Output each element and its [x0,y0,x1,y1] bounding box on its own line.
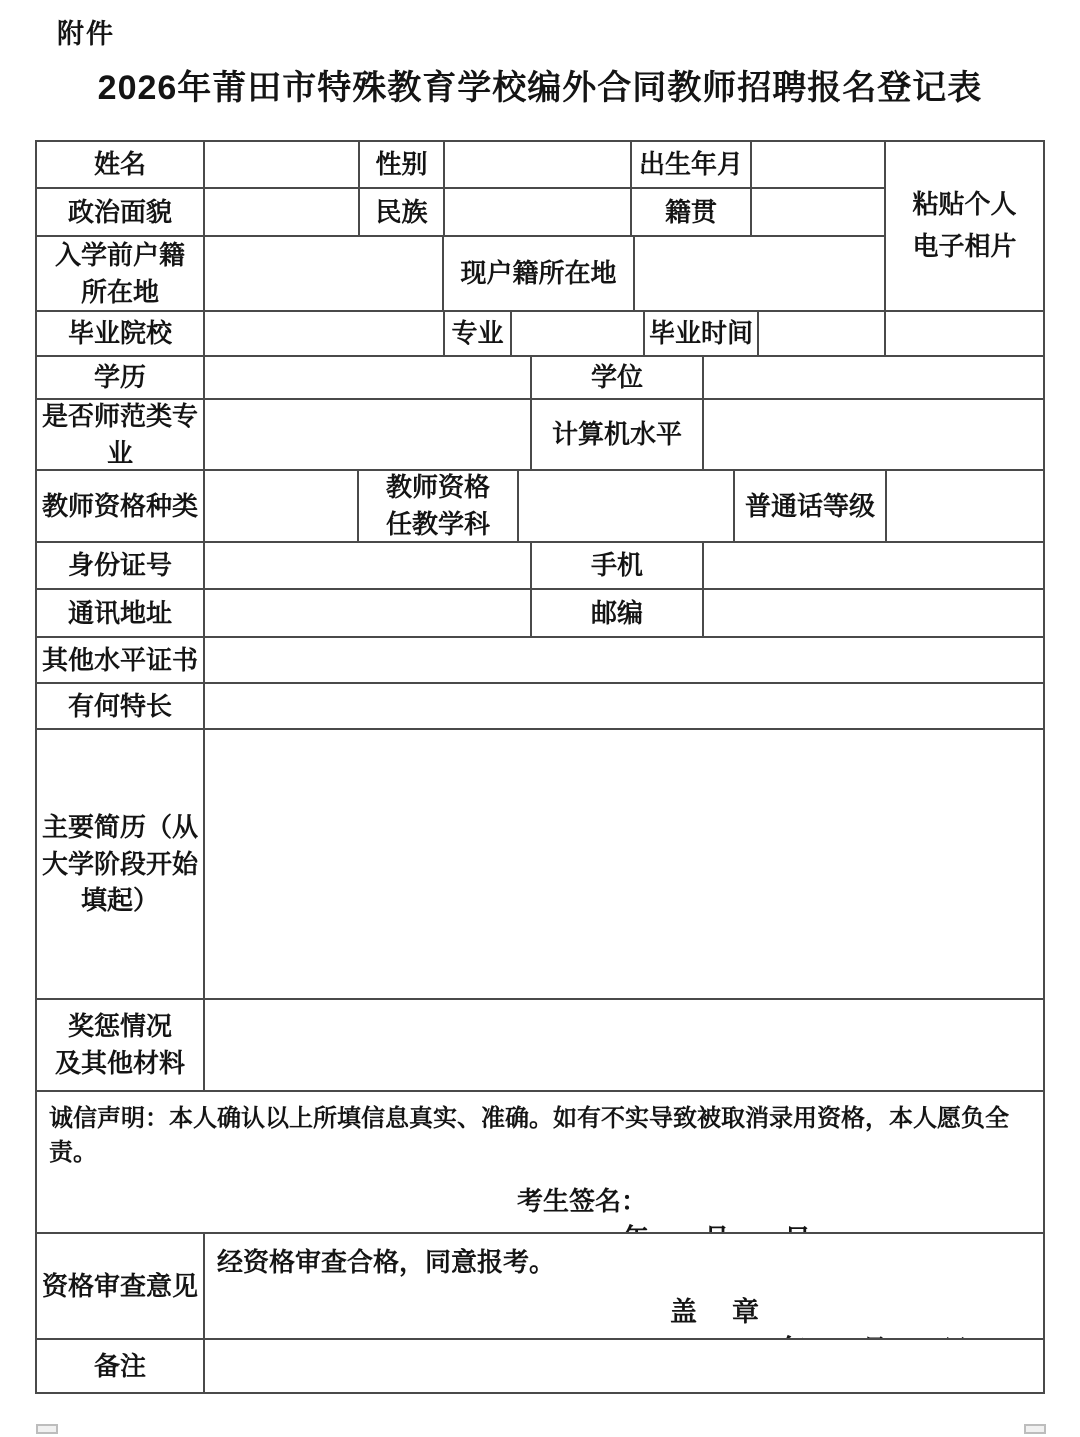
field-birth-date-value[interactable] [752,142,886,189]
label-name: 姓名 [37,142,205,189]
label-remark: 备注 [37,1340,205,1394]
field-mandarin-level-value[interactable] [887,471,1045,543]
label-native-place: 籍贯 [632,189,752,237]
photo-paste-area[interactable]: 粘贴个人 电子相片 [886,142,1045,312]
declaration-heading: 诚信声明： [49,1105,169,1132]
label-computer-level: 计算机水平 [532,400,704,471]
field-political-status-value[interactable] [205,189,360,237]
field-ethnicity-value[interactable] [445,189,632,237]
seal-label: 盖 章 [205,1281,1043,1331]
field-graduation-school-value[interactable] [205,312,445,357]
label-graduation-school: 毕业院校 [37,312,205,357]
label-qualification-review: 资格审查意见 [37,1234,205,1340]
declaration-date-line: 年 月 日 [37,1220,1043,1234]
resize-handle-left[interactable] [36,1424,58,1434]
declaration-row: 诚信声明：本人确认以上所填信息真实、准确。如有不实导致被取消录用资格，本人愿负全… [37,1092,1045,1234]
table-row: 其他水平证书 [37,638,1045,684]
declaration-body: 本人确认以上所填信息真实、准确。如有不实导致被取消录用资格，本人愿负全责。 [49,1105,1009,1166]
table-row: 毕业院校 专业 毕业时间 [37,312,1045,357]
field-pre-school-residence-value[interactable] [205,237,444,312]
field-computer-level-value[interactable] [704,400,1045,471]
field-specialty-value[interactable] [205,684,1045,730]
field-other-certificates-value[interactable] [205,638,1045,684]
review-date-line: 年 月 日 [205,1331,1043,1340]
head-group: 姓名 性别 出生年月 政治面貌 民族 籍贯 入学前户籍 所在地 现户籍所在地 粘… [37,142,1045,312]
label-current-residence: 现户籍所在地 [444,237,635,312]
field-id-number-value[interactable] [205,543,532,590]
table-row: 教师资格种类 教师资格 任教学科 普通话等级 [37,471,1045,543]
label-pre-school-residence: 入学前户籍 所在地 [37,237,205,312]
field-teacher-cert-type-value[interactable] [205,471,359,543]
table-row: 学历 学位 [37,357,1045,400]
review-comment: 经资格审查合格，同意报考。 [205,1234,1043,1281]
table-row: 奖惩情况 及其他材料 [37,1000,1045,1092]
field-rewards-punishments-value[interactable] [205,1000,1045,1092]
table-row: 主要简历（从 大学阶段开始 填起） [37,730,1045,1000]
label-education: 学历 [37,357,205,400]
label-teacher-cert-type: 教师资格种类 [37,471,205,543]
field-mailing-address-value[interactable] [205,590,532,638]
form-title: 2026年莆田市特殊教育学校编外合同教师招聘报名登记表 [0,60,1080,109]
attachment-label: 附件 [57,12,115,51]
review-row: 资格审查意见 经资格审查合格，同意报考。 盖 章 年 月 日 [37,1234,1045,1340]
field-resume-value[interactable] [205,730,1045,1000]
label-major: 专业 [445,312,512,357]
field-remark-value[interactable] [205,1340,1045,1394]
label-gender: 性别 [360,142,445,189]
label-postal-code: 邮编 [532,590,704,638]
field-teacher-cert-subject-value[interactable] [519,471,735,543]
label-resume: 主要简历（从 大学阶段开始 填起） [37,730,205,1000]
label-birth-date: 出生年月 [632,142,752,189]
field-mobile-value[interactable] [704,543,1045,590]
field-education-value[interactable] [205,357,532,400]
label-ethnicity: 民族 [360,189,445,237]
registration-form-table: 姓名 性别 出生年月 政治面貌 民族 籍贯 入学前户籍 所在地 现户籍所在地 粘… [35,140,1045,1394]
label-teacher-cert-subject: 教师资格 任教学科 [359,471,519,543]
field-current-residence-value[interactable] [635,237,886,312]
label-political-status: 政治面貌 [37,189,205,237]
label-mandarin-level: 普通话等级 [735,471,887,543]
table-row: 通讯地址 邮编 [37,590,1045,638]
declaration-cell: 诚信声明：本人确认以上所填信息真实、准确。如有不实导致被取消录用资格，本人愿负全… [37,1092,1045,1234]
field-major-value[interactable] [512,312,645,357]
field-normal-major-value[interactable] [205,400,532,471]
label-mobile: 手机 [532,543,704,590]
field-degree-value[interactable] [704,357,1045,400]
resize-handle-right[interactable] [1024,1424,1046,1434]
label-graduation-time: 毕业时间 [645,312,759,357]
label-other-certificates: 其他水平证书 [37,638,205,684]
candidate-signature-label: 考生签名： [37,1169,1043,1220]
table-row: 备注 [37,1340,1045,1394]
field-graduation-time-value[interactable] [759,312,886,357]
label-specialty: 有何特长 [37,684,205,730]
label-rewards-punishments: 奖惩情况 及其他材料 [37,1000,205,1092]
field-extra-value[interactable] [886,312,1045,357]
label-normal-major: 是否师范类专 业 [37,400,205,471]
field-native-place-value[interactable] [752,189,886,237]
field-gender-value[interactable] [445,142,632,189]
label-id-number: 身份证号 [37,543,205,590]
declaration-text: 诚信声明：本人确认以上所填信息真实、准确。如有不实导致被取消录用资格，本人愿负全… [37,1092,1043,1169]
table-row: 有何特长 [37,684,1045,730]
qualification-review-cell: 经资格审查合格，同意报考。 盖 章 年 月 日 [205,1234,1045,1340]
table-row: 是否师范类专 业 计算机水平 [37,400,1045,471]
label-degree: 学位 [532,357,704,400]
label-mailing-address: 通讯地址 [37,590,205,638]
field-name-value[interactable] [205,142,360,189]
table-row: 身份证号 手机 [37,543,1045,590]
field-postal-code-value[interactable] [704,590,1045,638]
